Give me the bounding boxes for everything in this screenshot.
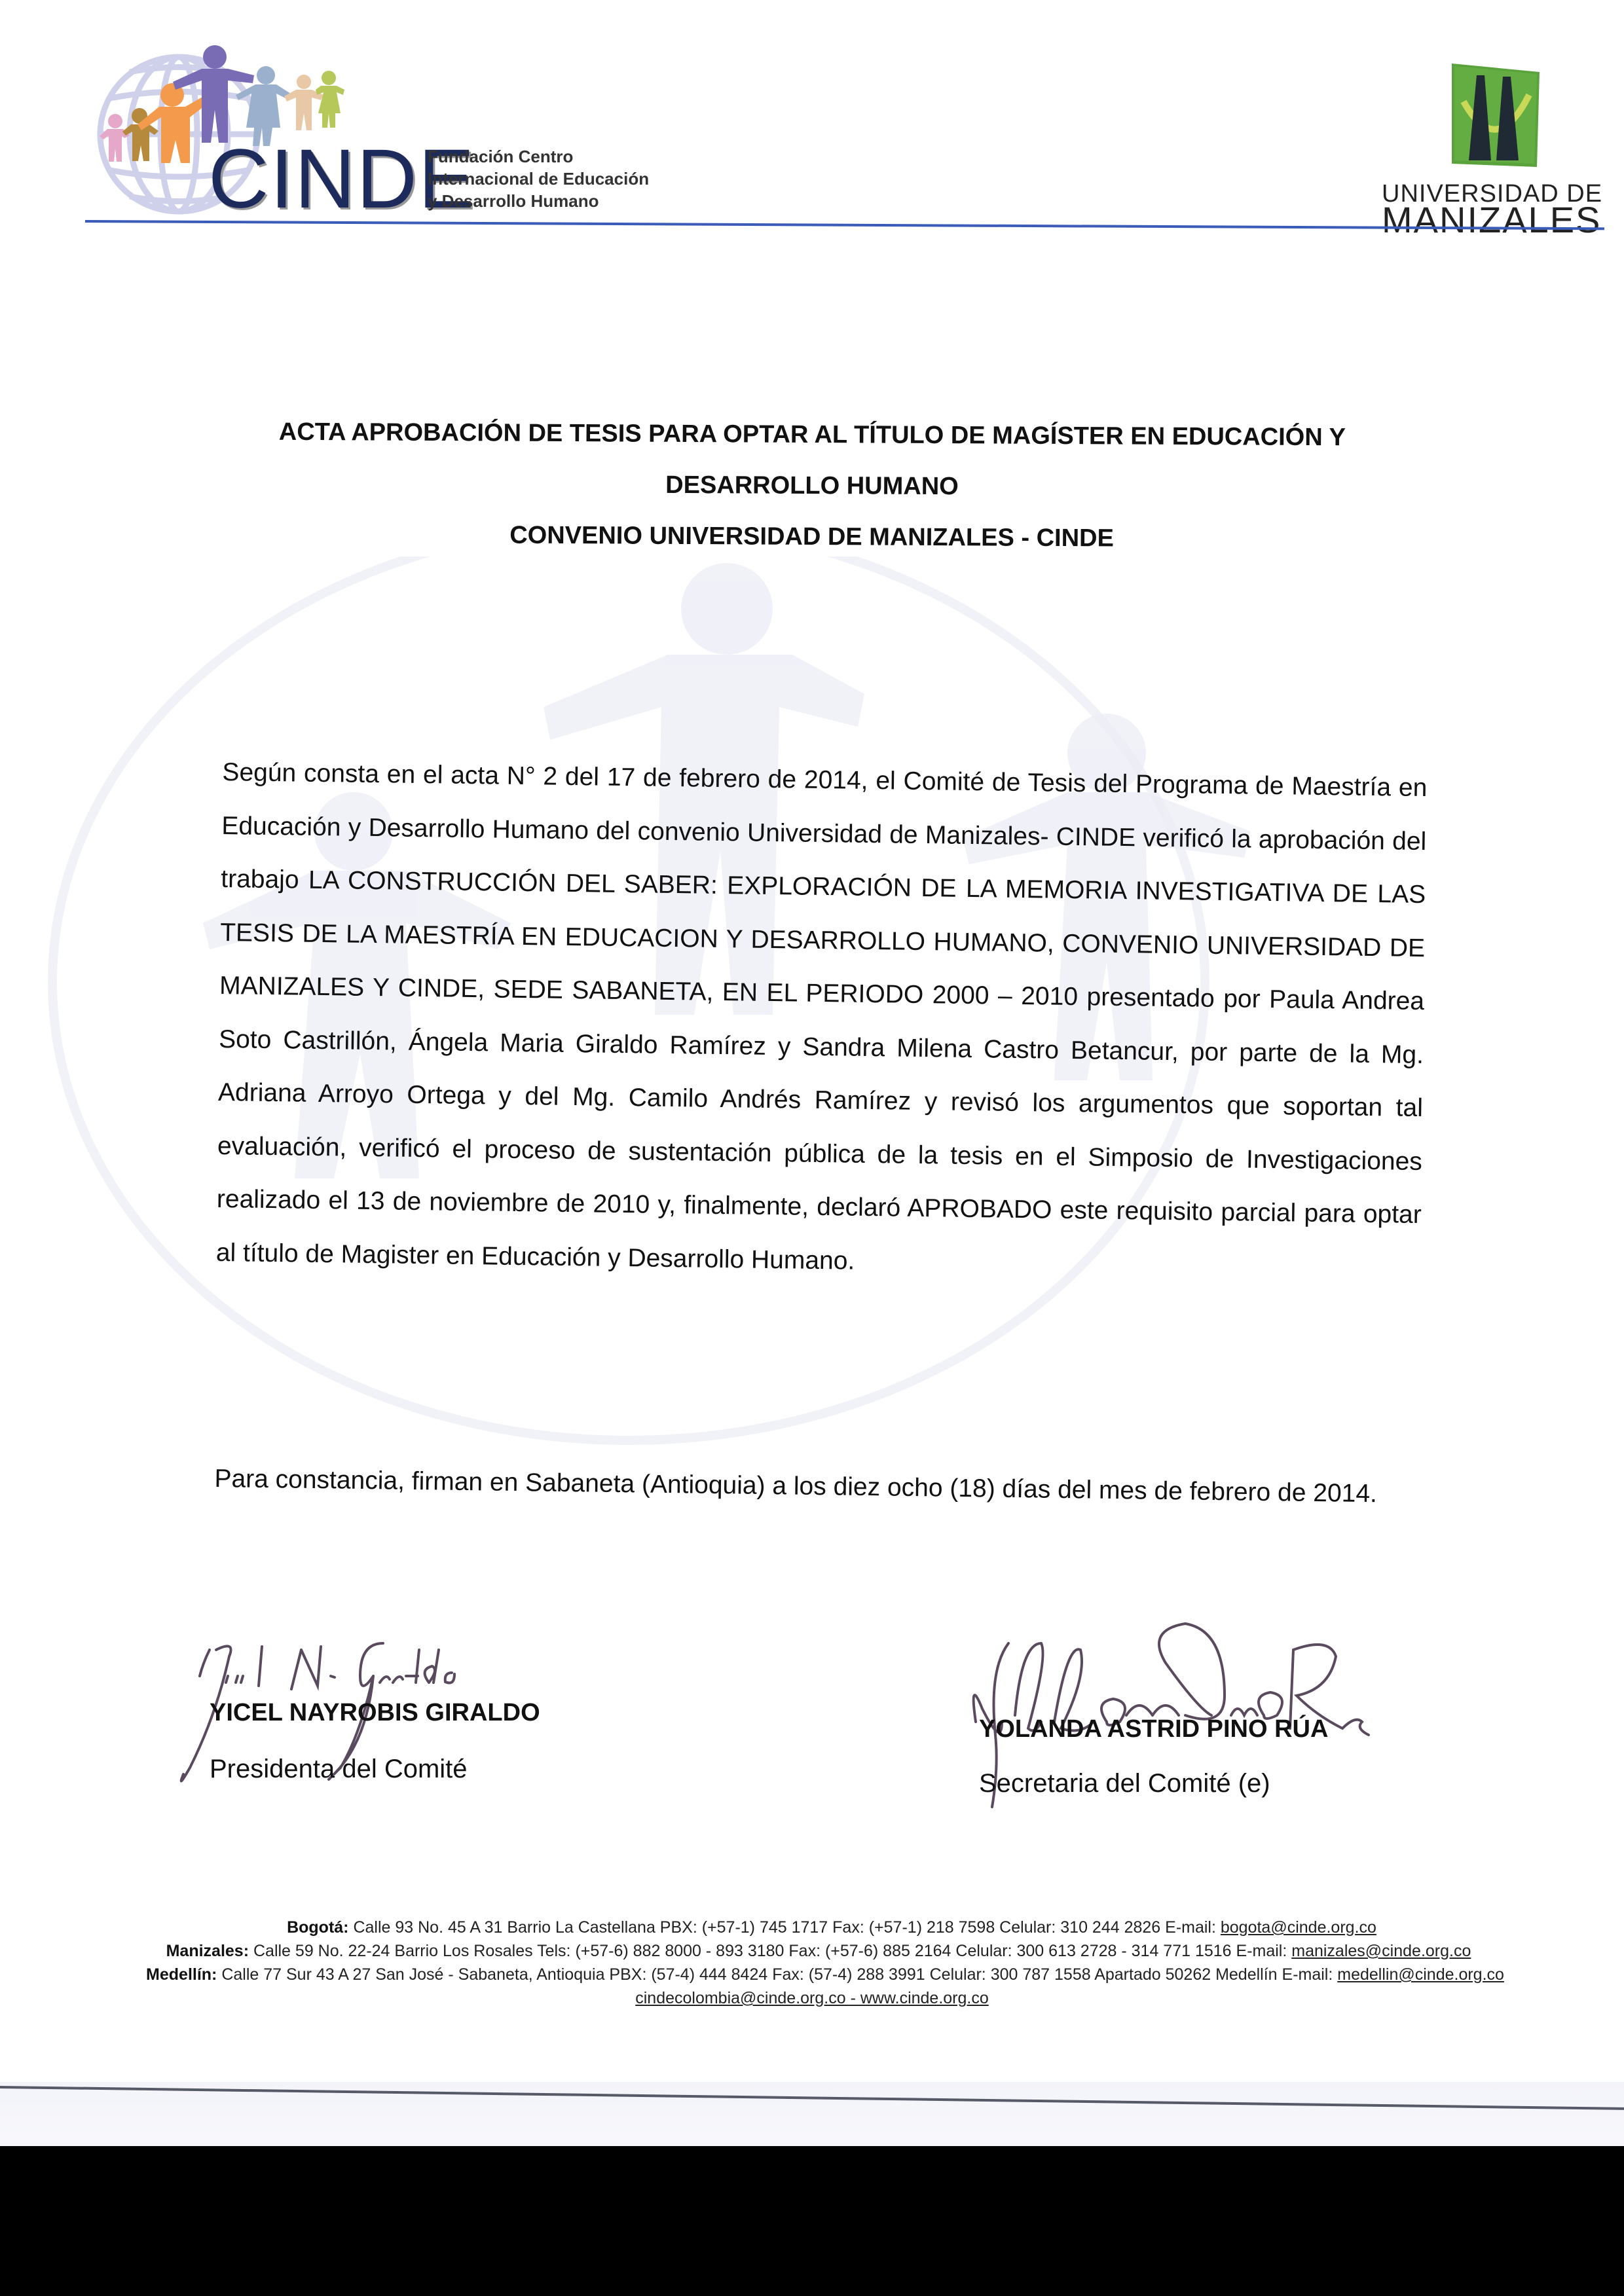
um-name-line2: MANIZALES	[1382, 202, 1601, 238]
cinde-subtitle: Fundación Centro Internacional de Educac…	[428, 145, 649, 212]
signer-role: Presidenta del Comité	[210, 1755, 468, 1784]
approval-paragraph: Según consta en el acta N° 2 del 17 de f…	[215, 746, 1428, 1295]
footer-city-label: Manizales:	[166, 1942, 249, 1960]
title-line: ACTA APROBACIÓN DE TESIS PARA OPTAR AL T…	[0, 405, 1624, 465]
footer-manizales: Manizales: Calle 59 No. 22-24 Barrio Los…	[0, 1939, 1624, 1963]
footer-medellin: Medellín: Calle 77 Sur 43 A 27 San José …	[0, 1963, 1624, 1986]
document-page: CINDE Fundación Centro Internacional de …	[0, 0, 1624, 2147]
title-line: CONVENIO UNIVERSIDAD DE MANIZALES - CIND…	[0, 507, 1624, 567]
email-link-bogota[interactable]: bogota@cinde.org.co	[1221, 1918, 1376, 1937]
um-arch-logo-icon	[1450, 62, 1542, 167]
footer-city-label: Bogotá:	[287, 1918, 348, 1937]
footer-city-label: Medellín:	[146, 1965, 217, 1984]
footer-address: Calle 59 No. 22-24 Barrio Los Rosales Te…	[249, 1942, 1291, 1960]
title-line: DESARROLLO HUMANO	[0, 456, 1624, 516]
signer-name: YICEL NAYROBIS GIRALDO	[210, 1699, 540, 1727]
email-link-manizales[interactable]: manizales@cinde.org.co	[1291, 1942, 1471, 1960]
general-contact-link[interactable]: cindecolombia@cinde.org.co - www.cinde.o…	[635, 1989, 989, 2007]
email-link-medellin[interactable]: medellin@cinde.org.co	[1337, 1965, 1504, 1984]
cinde-subtitle-line: Internacional de Educación	[428, 168, 649, 190]
handwritten-signature-icon	[164, 1637, 622, 1833]
footer-bogota: Bogotá: Calle 93 No. 45 A 31 Barrio La C…	[0, 1916, 1624, 1939]
footer-general: cindecolombia@cinde.org.co - www.cinde.o…	[0, 1986, 1624, 2010]
cinde-subtitle-line: y Desarrollo Humano	[428, 190, 649, 212]
signature-block-president: YICEL NAYROBIS GIRALDO Presidenta del Co…	[164, 1637, 622, 1833]
contact-footer: Bogotá: Calle 93 No. 45 A 31 Barrio La C…	[0, 1916, 1624, 2010]
signature-block-secretary: YOLANDA ASTRID PINO RÚA Secretaria del C…	[950, 1617, 1473, 1827]
scan-black-border	[0, 2146, 1624, 2296]
closing-paragraph: Para constancia, firman en Sabaneta (Ant…	[214, 1453, 1420, 1521]
cinde-subtitle-line: Fundación Centro	[428, 145, 649, 168]
signer-role: Secretaria del Comité (e)	[979, 1769, 1270, 1798]
document-title: ACTA APROBACIÓN DE TESIS PARA OPTAR AL T…	[0, 405, 1624, 567]
footer-address: Calle 77 Sur 43 A 27 San José - Sabaneta…	[217, 1965, 1337, 1984]
footer-address: Calle 93 No. 45 A 31 Barrio La Castellan…	[349, 1918, 1221, 1937]
signer-name: YOLANDA ASTRID PINO RÚA	[979, 1715, 1328, 1743]
cinde-logo: CINDE Fundación Centro Internacional de …	[84, 39, 660, 216]
universidad-manizales-logo: UNIVERSIDAD DE MANIZALES	[1375, 56, 1611, 232]
scan-bottom-edge	[0, 2082, 1624, 2147]
